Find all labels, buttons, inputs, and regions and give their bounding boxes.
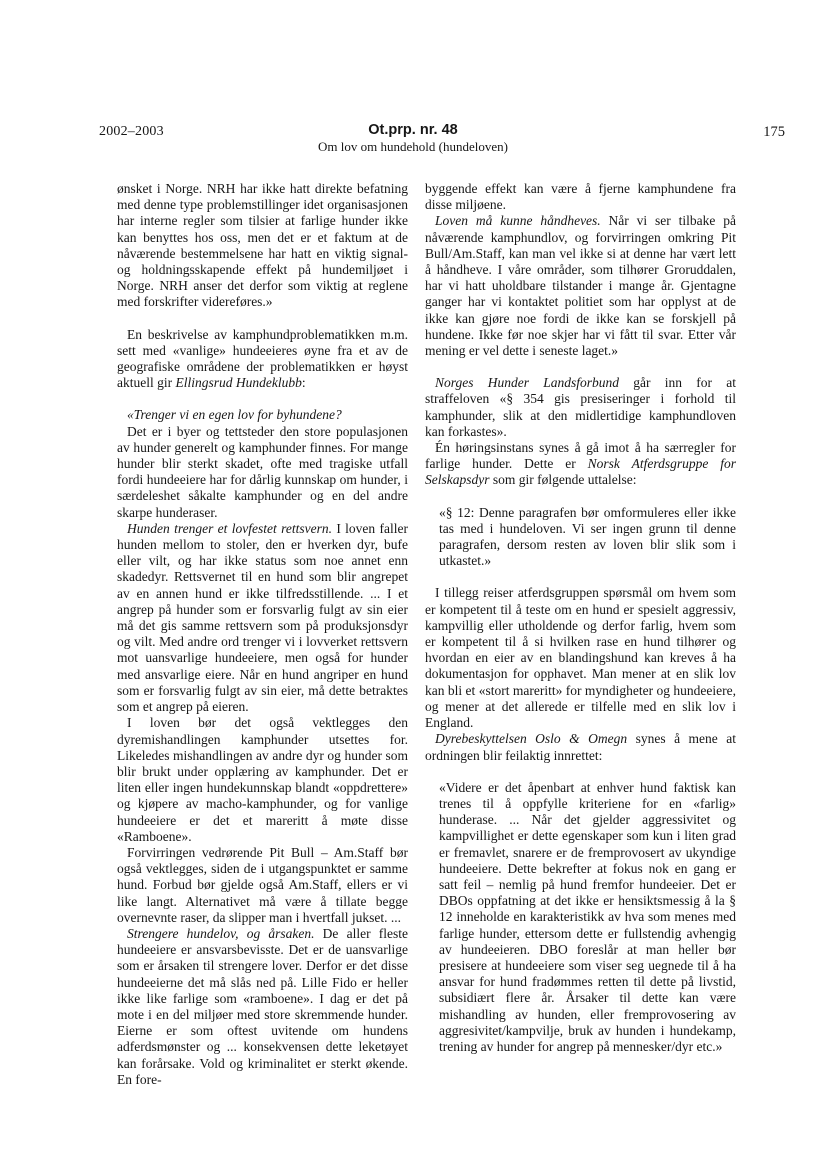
body-text: Når vi ser tilbake på nåværende kamphund… bbox=[425, 213, 736, 358]
emphasis-text: Loven må kunne håndheves. bbox=[435, 213, 601, 228]
body-text: I tillegg reiser atferdsgruppen spørsmål… bbox=[425, 585, 736, 730]
emphasis-text: Dyrebeskyttelsen Oslo & Omegn bbox=[435, 731, 627, 746]
paragraph: Norges Hunder Landsforbund går inn for a… bbox=[425, 375, 736, 440]
paragraph: I loven bør det også vektlegges den dyre… bbox=[117, 715, 408, 845]
paragraph: Strengere hundelov, og årsaken. De aller… bbox=[117, 926, 408, 1088]
page-header: 2002–2003 175 Ot.prp. nr. 48 Om lov om h… bbox=[0, 122, 826, 155]
right-column: byggende effekt kan være å fjerne kamphu… bbox=[425, 181, 736, 1088]
emphasis-text: Hunden trenger et lovfestet rettsvern. bbox=[127, 521, 332, 536]
page-number: 175 bbox=[763, 124, 785, 141]
body-text: «§ 12: Denne paragrafen bør omformuleres… bbox=[439, 505, 736, 569]
paragraph: Én høringsinstans synes å gå imot å ha s… bbox=[425, 440, 736, 489]
body-text: De aller fleste hundeeiere er ansvarsbev… bbox=[117, 926, 408, 1087]
document-subtitle: Om lov om hundehold (hundeloven) bbox=[0, 139, 826, 155]
paragraph: Forvirringen vedrørende Pit Bull – Am.St… bbox=[117, 845, 408, 926]
paragraph: ønsket i Norge. NRH har ikke hatt direkt… bbox=[117, 181, 408, 311]
emphasis-text: «Trenger vi en egen lov for byhundene? bbox=[127, 407, 342, 422]
body-text: som gir følgende uttalelse: bbox=[490, 472, 637, 487]
two-column-text: ønsket i Norge. NRH har ikke hatt direkt… bbox=[117, 181, 736, 1088]
left-column: ønsket i Norge. NRH har ikke hatt direkt… bbox=[117, 181, 408, 1088]
emphasis-text: Ellingsrud Hundeklubb bbox=[175, 375, 301, 390]
body-text: Forvirringen vedrørende Pit Bull – Am.St… bbox=[117, 845, 408, 925]
body-text: I loven faller hunden mellom to stoler, … bbox=[117, 521, 408, 714]
body-text: byggende effekt kan være å fjerne kamphu… bbox=[425, 181, 736, 212]
quote-paragraph: «Videre er det åpenbart at enhver hund f… bbox=[439, 780, 736, 1055]
paragraph: I tillegg reiser atferdsgruppen spørsmål… bbox=[425, 585, 736, 731]
paragraph: Hunden trenger et lovfestet rettsvern. I… bbox=[117, 521, 408, 715]
paragraph: «Trenger vi en egen lov for byhundene? bbox=[117, 407, 408, 423]
document-page: 2002–2003 175 Ot.prp. nr. 48 Om lov om h… bbox=[0, 0, 826, 1169]
body-text: ønsket i Norge. NRH har ikke hatt direkt… bbox=[117, 181, 408, 309]
body-text: «Videre er det åpenbart at enhver hund f… bbox=[439, 780, 736, 1054]
body-text: I loven bør det også vektlegges den dyre… bbox=[117, 715, 408, 843]
paragraph: Det er i byer og tettsteder den store po… bbox=[117, 424, 408, 521]
quote-paragraph: «§ 12: Denne paragrafen bør omformuleres… bbox=[439, 505, 736, 570]
emphasis-text: Norges Hunder Landsforbund bbox=[435, 375, 619, 390]
body-text: Det er i byer og tettsteder den store po… bbox=[117, 424, 408, 520]
paragraph: Loven må kunne håndheves. Når vi ser til… bbox=[425, 213, 736, 359]
paragraph: byggende effekt kan være å fjerne kamphu… bbox=[425, 181, 736, 213]
session-year: 2002–2003 bbox=[99, 124, 164, 140]
paragraph: Dyrebeskyttelsen Oslo & Omegn synes å me… bbox=[425, 731, 736, 763]
body-text: : bbox=[302, 375, 306, 390]
paragraph: En beskrivelse av kamphundproblematikken… bbox=[117, 327, 408, 392]
emphasis-text: Strengere hundelov, og årsaken. bbox=[127, 926, 315, 941]
